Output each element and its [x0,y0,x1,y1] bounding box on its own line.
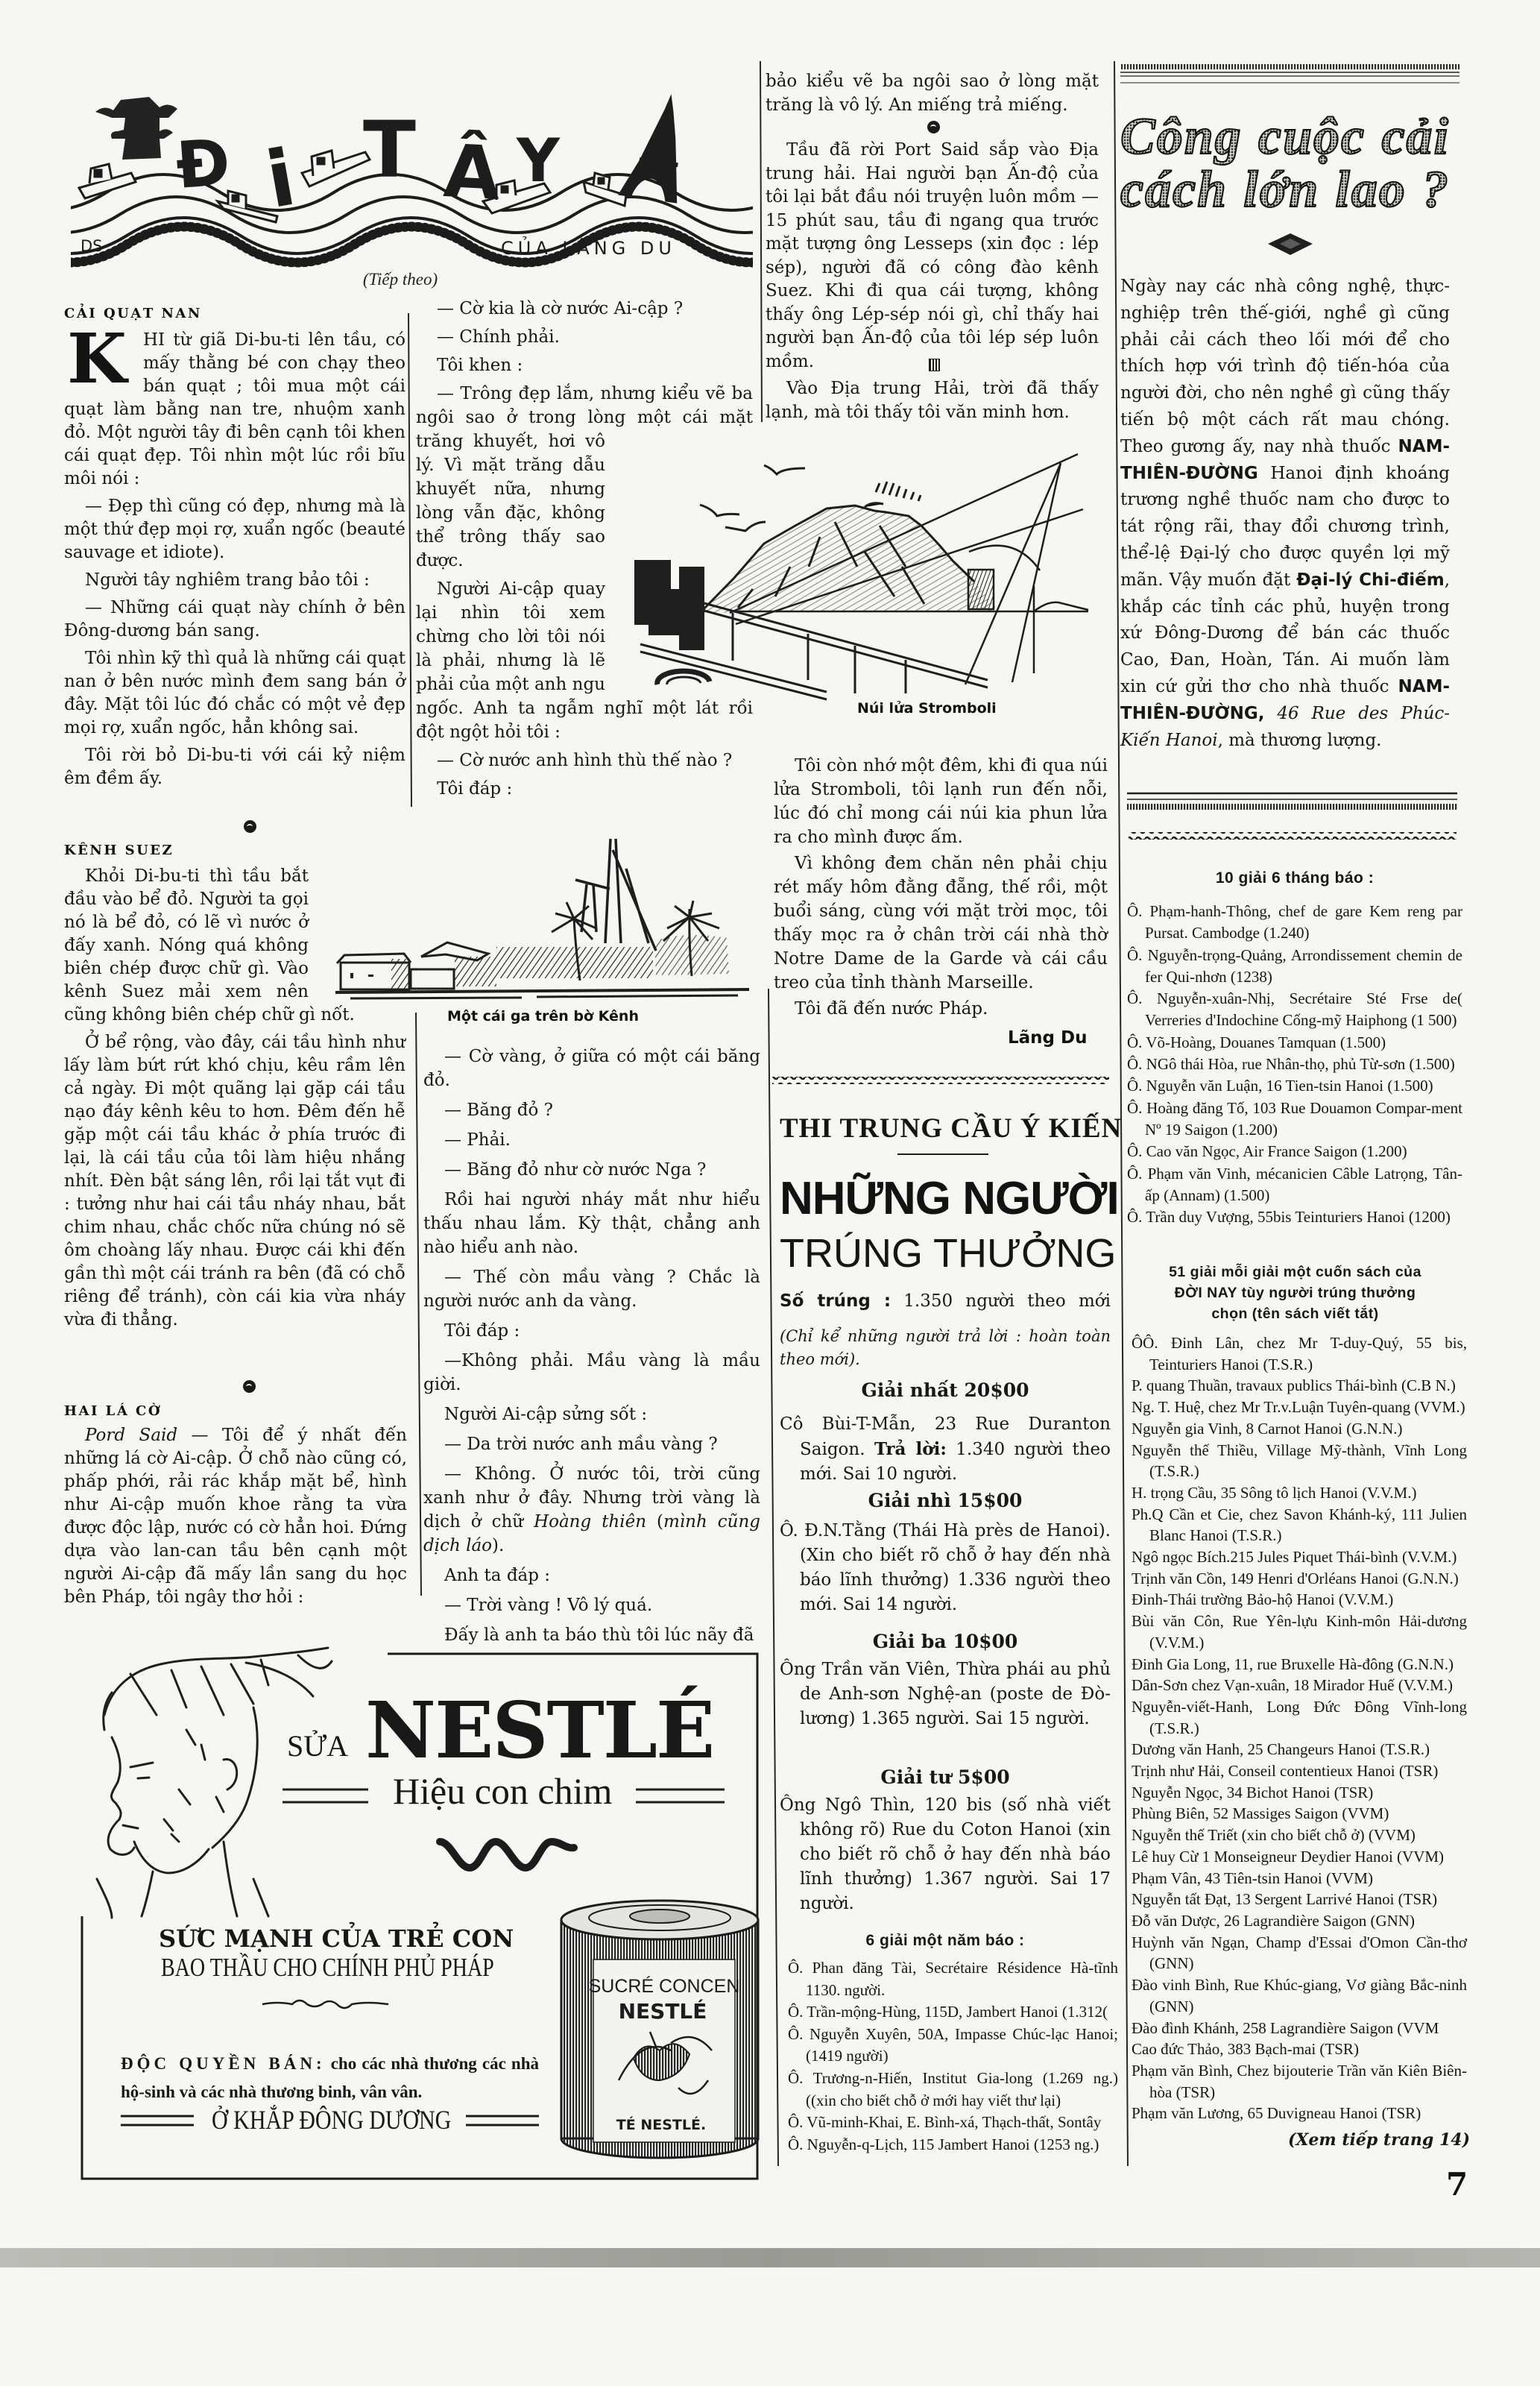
ad-headline-line-2: cách lớn lao ? [1120,159,1450,221]
list-item: Đào vinh Bình, Rue Khúc-giang, Vơ giàng … [1132,1974,1467,2017]
list-item: Ô. Trần duy Vượng, 55bis Teinturiers Han… [1127,1206,1462,1228]
author-signature: Lãng Du [1008,1027,1088,1049]
ornament-icon [927,121,940,133]
paragraph: KHI từ giã Di-bu-ti lên tầu, có mấy thằn… [64,329,405,491]
list-item: Ô. Phạm-hanh-Thông, chef de gare Kem ren… [1127,901,1462,945]
wavy-divider [772,1077,1109,1084]
caption-volcano: Núi lửa Stromboli [857,699,997,718]
list-item: Ô. Nguyễn Xuyên, 50A, Impasse Chúc-lạc H… [788,2024,1118,2068]
continued-on-page: (Xem tiếp trang 14) [1267,2130,1470,2150]
list-item: Đinh Gia Long, 11, rue Bruxelle Hà-đông … [1132,1654,1467,1675]
paragraph: Tầu đã rời Port Said sắp vào Địa trung h… [766,139,1099,374]
masthead-letter-a: Â [441,128,502,217]
exclusive-sale-text: ĐỘC QUYỀN BÁN: cho các nhà thương các nh… [121,2050,539,2106]
list-item: Ô. NGô thái Hòa, rue Nhân-thọ, phủ Từ-sơ… [1127,1054,1462,1075]
artist-initials: DS [81,237,103,255]
list-item: P. quang Thuần, travaux publics Thái-bìn… [1132,1375,1467,1397]
paragraph: — Băng đỏ ? [423,1098,760,1122]
caption-canal: Một cái ga trên bờ Kênh [447,1007,639,1026]
paragraph: Tôi rời bỏ Di-bu-ti với cái kỷ niệm êm đ… [64,744,405,790]
paragraph: — Băng đỏ như cờ nước Nga ? [423,1158,760,1182]
masthead-letter-t: T [363,104,416,195]
ad-text: , mà thương lượng. [1218,731,1382,750]
answer-label: Số trúng : [780,1291,891,1311]
paragraph: Tôi đáp : [423,1319,760,1343]
winner-label: Trả lời: [874,1439,947,1459]
paragraph: — Không. Ở nước tôi, trời cũng xanh như … [423,1462,760,1558]
wavy-divider [1129,832,1457,840]
list-item: Lê huy Cừ 1 Monseigneur Deydier Hanoi (V… [1132,1846,1467,1868]
man-portrait-illustration [97,1648,332,1918]
contest-answer: Số trúng : 1.350 người theo mới [780,1288,1111,1314]
paragraph: — Đẹp thì cũng có đẹp, nhưng mà là một t… [64,495,405,564]
list-item: Nguyễn thế Triết (xin cho biết chỗ ở) (V… [1132,1825,1467,1846]
paragraph: Vào Địa trung Hải, trời đã thấy lạnh, mà… [766,377,1099,424]
can-label-1: SUCRÉ CONCEN [589,1975,740,1997]
list-item: Ô. Hoàng đăng Tố, 103 Rue Douamon Compar… [1127,1098,1462,1142]
fan-section-body: KHI từ giã Di-bu-ti lên tầu, có mấy thằn… [64,329,405,795]
prize-title: Giải tư 5$00 [780,1765,1111,1790]
list-item: Phạm văn Lương, 65 Duvigneau Hanoi (TSR) [1132,2103,1467,2124]
product-prefix: SỬA [287,1731,348,1761]
section-heading-suez: KÊNH SUEZ [64,840,174,861]
list-item: Ô. Phan đăng Tài, Secrétaire Résidence H… [788,1957,1118,2001]
ornament-icon [262,2001,388,2008]
list-item: Dương văn Hanh, 25 Changeurs Hanoi (T.S.… [1132,1739,1467,1760]
list-item: Ô. Nguyễn-q-Lịch, 115 Jambert Hanoi (125… [788,2134,1118,2156]
paragraph: — Cờ nước anh hình thù thế nào ? [416,749,753,772]
paragraph: — Thế còn mầu vàng ? Chắc là người nước … [423,1265,760,1313]
ad-bottom-band [1127,793,1457,810]
canal-ground [335,989,749,998]
can-label-3: TÉ NESTLÉ. [616,2116,706,2133]
paragraph-text: ). [492,1536,504,1555]
paragraph: Anh ta đáp : [423,1564,760,1587]
list-item: Đinh-Thái trường Bảo-hộ Hanoi (V.V.M.) [1132,1589,1467,1611]
answer-value: 1.350 người theo mới [891,1291,1111,1311]
paragraph: Vì không đem chăn nên phải chịu rét mấy … [774,852,1108,995]
paragraph: — Chính phải. [416,325,753,349]
ad-body: Ngày nay các nhà công nghệ, thực-nghiệp … [1120,274,1450,754]
paragraph-text: ( [646,1512,663,1532]
newspaper-page: Đ i T Â Y CỦA LÃNG DU DS (Tiếp theo) CẢI… [0,0,1540,2386]
section-heading-flags: HAI LÁ CỜ [64,1401,162,1422]
six-month-prizes-title: 10 giải 6 tháng báo : [1127,869,1462,888]
contest-kicker: THI TRUNG CẦU Ý KIẾN [780,1114,1111,1144]
life-ring-icon [657,671,710,684]
stromboli-illustration [626,425,1122,705]
prize-winner: Ông Ngô Thìn, 120 bis (số nhà viết không… [780,1793,1111,1916]
paragraph: — Những cái quạt này chính ở bên Đông-dư… [64,596,405,643]
stromboli-body: Tôi còn nhớ một đêm, khi đi qua núi lửa … [774,754,1108,1023]
paragraph: — Phải. [423,1128,760,1152]
list-item: ÔÔ. Đinh Lân, chez Mr T-duy-Quý, 55 bis,… [1132,1332,1467,1375]
list-item: Nguyễn-viết-Hanh, Long Đức Đông Vĩnh-lon… [1132,1696,1467,1739]
prize-title: Giải nhất 20$00 [780,1378,1111,1403]
mediterranean-body-2: Vào Địa trung Hải, trời đã thấy lạnh, mà… [766,377,1099,429]
list-item: Ngô ngọc Bích.215 Jules Piquet Thái-bình… [1132,1546,1467,1568]
dateline: Pord Said [85,1426,177,1445]
paragraph: Người tây nghiêm trang bảo tôi : [64,569,405,592]
paragraph-text: — Tôi để ý nhất đến những lá cờ Ai-cập. … [64,1426,407,1607]
list-item: Bùi văn Côn, Rue Yên-lựu Kinh-môn Hải-dư… [1132,1611,1467,1653]
list-item: Ô. Nguyễn-xuân-Nhị, Secrétaire Sté Frse … [1127,988,1462,1032]
list-item: Ô. Vũ-minh-Khai, E. Bình-xá, Thạch-thất,… [788,2112,1118,2134]
paragraph: Người Ai-cập sửng sốt : [423,1403,760,1426]
paragraph: bảo kiểu vẽ ba ngôi sao ở lòng mặt trăng… [766,70,1099,117]
prize-winner: Ông Trần văn Viên, Thừa phái au phủ de A… [780,1658,1111,1731]
list-item: Huỳnh văn Ngạn, Champ d'Essai d'Omon Cần… [1132,1932,1467,1974]
flags-dialogue-bottom: — Cờ vàng, ở giữa có một cái băng đỏ. — … [423,1045,760,1653]
ornament-icon [929,359,940,371]
list-item: Ng. T. Huệ, chez Mr Tr.v.Luận Tuyên-quan… [1132,1397,1467,1418]
ornament-icon [244,820,256,833]
slogan: SỨC MẠNH CỦA TRẺ CON [159,1927,514,1951]
ad-top-band [1120,64,1459,83]
list-item: Ô. Nguyễn văn Luận, 16 Tien-tsin Hanoi (… [1127,1075,1462,1097]
one-year-prizes-title: 6 giải một năm báo : [780,1931,1111,1951]
pagoda-icon [95,97,177,160]
can-label-2: NESTLÉ [619,1998,707,2024]
canal-station-illustration [321,820,775,1022]
list-item: Nguyễn gia Vinh, 8 Carnot Hanoi (G.N.N.) [1132,1418,1467,1440]
byline: CỦA LÃNG DU [501,237,676,259]
masthead-letter-i: i [260,132,302,226]
list-item: Dân-Sơn chez Vạn-xuân, 18 Mirador Huế (V… [1132,1675,1467,1696]
book-winners-list: ÔÔ. Đinh Lân, chez Mr T-duy-Quý, 55 bis,… [1132,1332,1467,2124]
paragraph: Tôi đáp : [416,777,753,801]
eiffel-tower-icon [618,89,692,204]
list-item: Cao đức Thảo, 383 Bạch-mai (TSR) [1132,2039,1467,2060]
ship-funnel [634,560,704,650]
list-item: H. trọng Cầu, 35 Sông tô lịch Hanoi (V.V… [1132,1482,1467,1504]
list-item: Phùng Biên, 52 Massiges Saigon (VVM) [1132,1803,1467,1825]
ad-text: Ngày nay các nhà công nghệ, thực-nghiệp … [1120,277,1450,456]
mediterranean-body: Tầu đã rời Port Said sắp vào Địa trung h… [766,139,1099,378]
contest-note: (Chỉ kể những người trả lời : hoàn toàn … [780,1325,1111,1371]
prize-title: Giải ba 10$00 [780,1629,1111,1655]
list-item: Đỗ văn Dược, 26 Lagrandière Saigon (GNN) [1132,1910,1467,1932]
flags-continued: bảo kiểu vẽ ba ngôi sao ở lòng mặt trăng… [766,70,1099,122]
paragraph: Tôi còn nhớ một đêm, khi đi qua núi lửa … [774,754,1108,849]
one-year-winners-list: Ô. Phan đăng Tài, Secrétaire Résidence H… [788,1957,1118,2156]
page-number: 7 [1446,2168,1468,2201]
masthead-letter-y: Y [516,126,561,195]
station-buildings [337,935,729,989]
paragraph: — Cờ kia là cờ nước Ai-cập ? [416,297,753,321]
book-prizes-title: 51 giải mỗi giải một cuốn sách của ĐỜI N… [1163,1262,1427,1324]
list-item: Nguyễn Ngọc, 34 Bichot Hanoi (TSR) [1132,1782,1467,1804]
list-item: Ô. Trương-n-Hiến, Institut Gia-long (1.2… [788,2068,1118,2112]
supplier-line: BAO THẦU CHO CHÍNH PHỦ PHÁP [161,1956,494,1982]
tagline: Hiệu con chim [393,1772,612,1810]
paragraph: Rồi hai người nháy mắt như hiểu thấu nha… [423,1188,760,1259]
prize-winner: Ô. Đ.N.Tằng (Thái Hà près de Hanoi). (Xi… [780,1519,1111,1617]
paragraph: Pord Said — Tôi để ý nhất đến những lá c… [64,1424,407,1609]
term: Hoàng thiên [534,1512,646,1532]
six-month-winners-list: Ô. Phạm-hanh-Thông, chef de gare Kem ren… [1127,901,1462,1228]
flags-section-body: Pord Said — Tôi để ý nhất đến những lá c… [64,1424,407,1614]
region-line: Ở KHẮP ĐÔNG DƯƠNG [212,2107,451,2134]
diamond-icon [1266,232,1314,256]
masthead-letter-d: Đ [174,125,233,204]
ornament-icon [243,1380,256,1393]
list-item: Trịnh văn Cồn, 149 Henri d'Orléans Hanoi… [1132,1568,1467,1590]
paragraph: Ở bể rộng, vào đây, cái tầu hình như lấy… [64,1031,405,1332]
brand-name: NESTLÉ [365,1692,713,1769]
list-item: Phạm Vân, 43 Tiên-tsin Hanoi (VVM) [1132,1868,1467,1889]
birds [700,465,805,531]
paragraph: Tôi đã đến nước Pháp. [774,997,1108,1021]
paragraph: — Da trời nước anh mầu vàng ? [423,1432,760,1456]
volcano [700,482,999,613]
scan-edge-strip [0,2248,1540,2267]
list-item: Ô. Trần-mộng-Hùng, 115D, Jambert Hanoi (… [788,2001,1118,2024]
paragraph: — Cờ vàng, ở giữa có một cái băng đỏ. [423,1045,760,1092]
prize-winner: Cô Bùi-T-Mẫn, 23 Rue Duranton Saigon. Tr… [780,1412,1111,1487]
contest-headline-2: TRÚNG THƯỞNG [780,1233,1111,1274]
contest-headline-1: NHỮNG NGƯỜI [780,1176,1111,1222]
milk-can-illustration: SUCRÉ CONCEN NESTLÉ TÉ NESTLÉ. [561,1901,758,2158]
drop-cap: K [67,326,137,393]
list-item: Đào đình Khánh, 258 Lagrandière Saigon (… [1132,2018,1467,2039]
list-item: Trịnh như Hải, Conseil contentieux Hanoi… [1132,1760,1467,1782]
bird-logo-icon [440,1842,574,1868]
paragraph: Tôi nhìn kỹ thì quả là những cái quạt na… [64,647,405,740]
list-item: Ph.Q Cần et Cie, chez Savon Khánh-ký, 11… [1132,1504,1467,1546]
paragraph: —Không phải. Mầu vàng là mầu giời. [423,1349,760,1397]
exclusive-label: ĐỘC QUYỀN BÁN: [121,2054,326,2073]
list-item: Ô. Võ-Hoàng, Douanes Tamquan (1.500) [1127,1032,1462,1054]
paragraph: — Trời vàng ! Vô lý quá. [423,1593,760,1617]
agency-offer: Đại-lý Chi-điếm [1296,570,1444,590]
list-item: Nguyễn thế Thiều, Village Mỹ-thành, Vĩnh… [1132,1440,1467,1482]
list-item: Ô. Phạm văn Vinh, mécanicien Câble Latrọ… [1127,1163,1462,1207]
paragraph: Tôi khen : [416,353,753,377]
list-item: Ô. Cao văn Ngọc, Air France Saigon (1.20… [1127,1141,1462,1162]
prize-title: Giải nhì 15$00 [780,1488,1111,1514]
list-item: Ô. Nguyễn-trọng-Quảng, Arrondissement ch… [1127,945,1462,989]
list-item: Phạm văn Bình, Chez bijouterie Trần văn … [1132,2060,1467,2103]
list-item: Nguyễn tất Đạt, 13 Sergent Larrivé Hanoi… [1132,1889,1467,1910]
continued-note: (Tiếp theo) [326,270,475,289]
